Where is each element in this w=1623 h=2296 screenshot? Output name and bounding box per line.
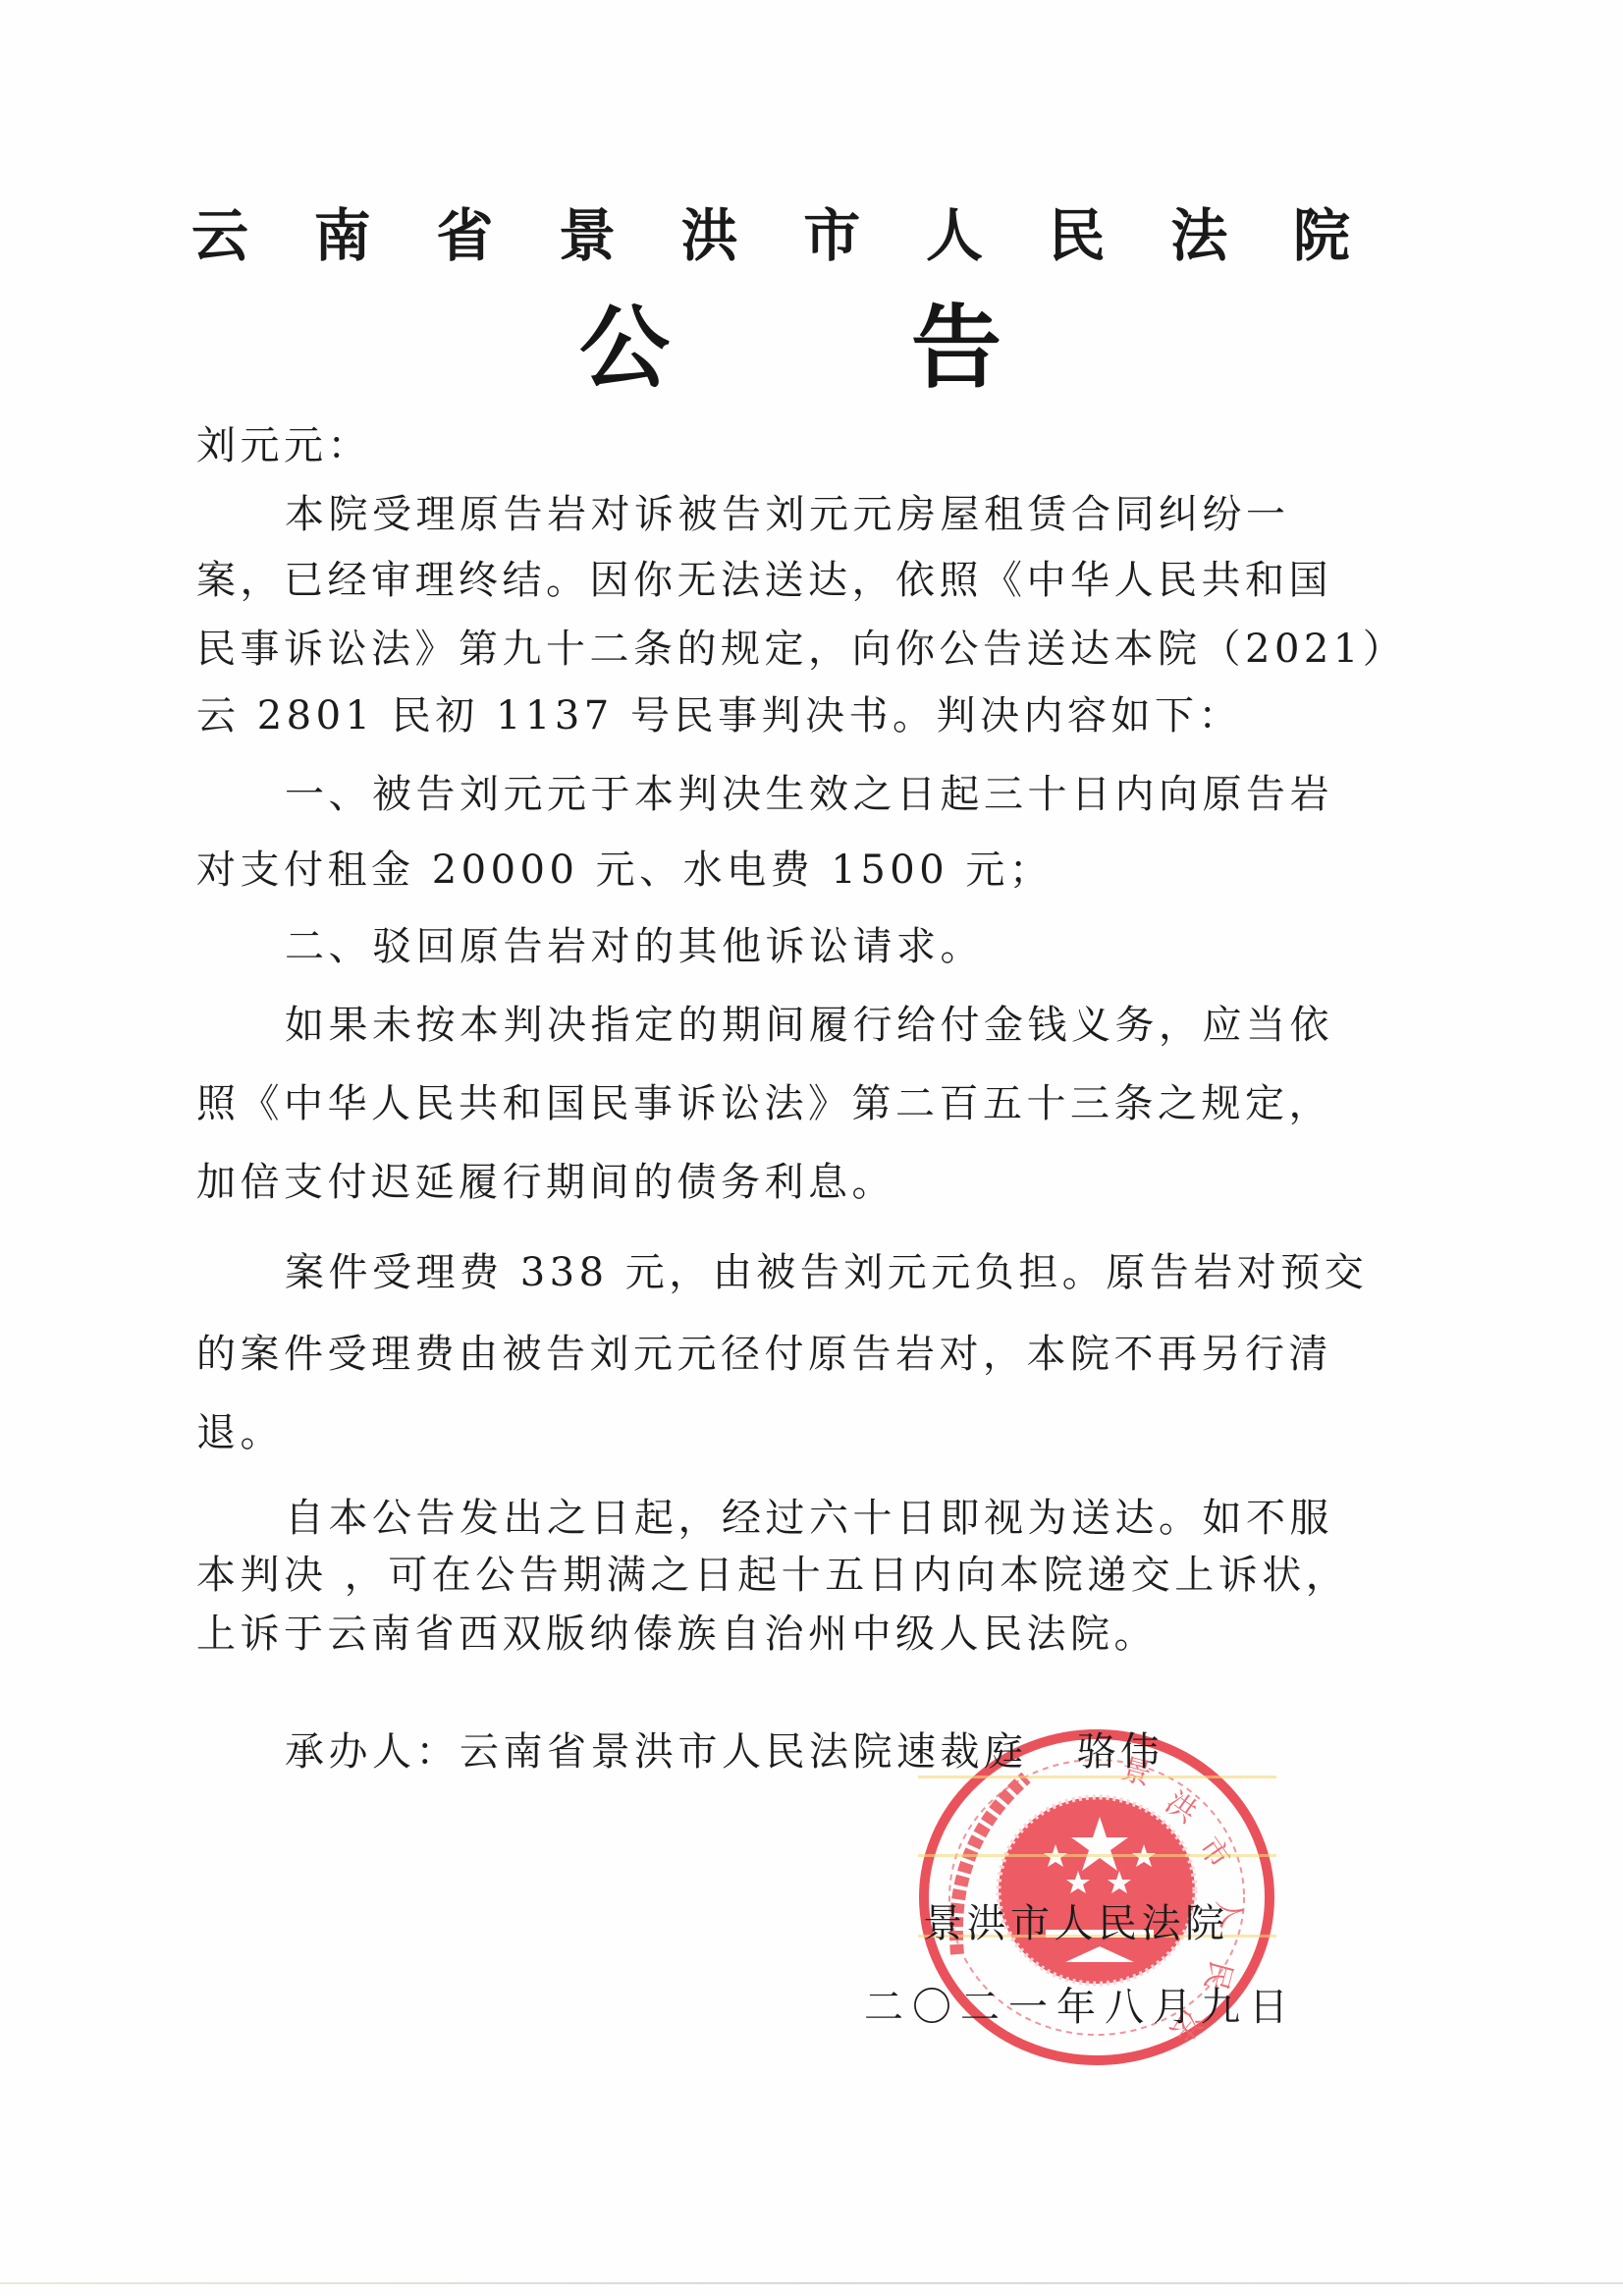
intro-line: 本院受理原告岩对诉被告刘元元房屋租赁合同纠纷一 xyxy=(285,491,1434,538)
court-name-char: 景 xyxy=(559,201,616,270)
judgment-item-1-line: 对支付租金 20000 元、水电费 1500 元； xyxy=(196,847,1345,894)
fees-line: 的案件受理费由被告刘元元径付原告岩对，本院不再另行清 xyxy=(196,1331,1345,1378)
intro-line: 云 2801 民初 1137 号民事判决书。判决内容如下： xyxy=(196,692,1345,739)
court-name-char: 院 xyxy=(1293,201,1350,270)
judgment-item-2: 二、驳回原告岩对的其他诉讼请求。 xyxy=(285,923,1434,970)
court-name-char: 法 xyxy=(1170,201,1227,270)
court-name-char: 洪 xyxy=(681,201,738,270)
service-appeal-line: 自本公告发出之日起，经过六十日即视为送达。如不服 xyxy=(285,1495,1434,1542)
addressee: 刘元元： xyxy=(196,422,1345,469)
court-name-char: 云 xyxy=(191,201,248,270)
handler-name: 骆伟 xyxy=(1077,1729,1164,1775)
signature-date: 二〇二一年八月九日 xyxy=(864,1984,1276,2031)
late-payment-line: 照《中华人民共和国民事诉讼法》第二百五十三条之规定， xyxy=(196,1080,1345,1127)
handler-label: 承办人： xyxy=(285,1729,460,1775)
intro-line: 案，已经审理终结。因你无法送达，依照《中华人民共和国 xyxy=(196,557,1345,604)
court-name-char: 民 xyxy=(1049,201,1106,270)
court-name-heading: 云 南 省 景 洪 市 人 民 法 院 xyxy=(191,201,1350,270)
notice-title-char: 告 xyxy=(911,295,1001,403)
fees-line: 案件受理费 338 元，由被告刘元元负担。原告岩对预交 xyxy=(285,1249,1434,1296)
late-payment-line: 加倍支付迟延履行期间的债务利息。 xyxy=(196,1159,1345,1206)
signature-court: 景洪市人民法院 xyxy=(923,1900,1276,1947)
intro-line: 民事诉讼法》第九十二条的规定，向你公告送达本院（2021） xyxy=(196,626,1345,673)
service-appeal-line: 本判决 ，可在公告期满之日起十五日内向本院递交上诉状， xyxy=(196,1552,1345,1599)
court-name-char: 省 xyxy=(436,201,493,270)
handler-line: 承办人：云南省景洪市人民法院速裁庭骆伟 xyxy=(285,1728,1434,1776)
scan-edge-line xyxy=(0,2282,1623,2284)
court-name-char: 市 xyxy=(803,201,860,270)
late-payment-line: 如果未按本判决指定的期间履行给付金钱义务，应当依 xyxy=(285,1002,1434,1049)
service-appeal-line: 上诉于云南省西双版纳傣族自治州中级人民法院。 xyxy=(196,1611,1345,1658)
notice-title-char: 公 xyxy=(579,295,670,403)
svg-text:洪: 洪 xyxy=(1159,1785,1203,1831)
court-name-char: 南 xyxy=(314,201,371,270)
judgment-item-1-line: 一、被告刘元元于本判决生效之日起三十日内向原告岩 xyxy=(285,771,1434,818)
document-page: 云 南 省 景 洪 市 人 民 法 院 公 告 刘元元： 本院受理原告岩对诉被告… xyxy=(0,0,1623,2296)
fees-line: 退。 xyxy=(196,1409,1345,1456)
court-name-char: 人 xyxy=(926,201,983,270)
notice-title: 公 告 xyxy=(579,295,1001,403)
handler-department: 云南省景洪市人民法院速裁庭 xyxy=(460,1729,1028,1775)
